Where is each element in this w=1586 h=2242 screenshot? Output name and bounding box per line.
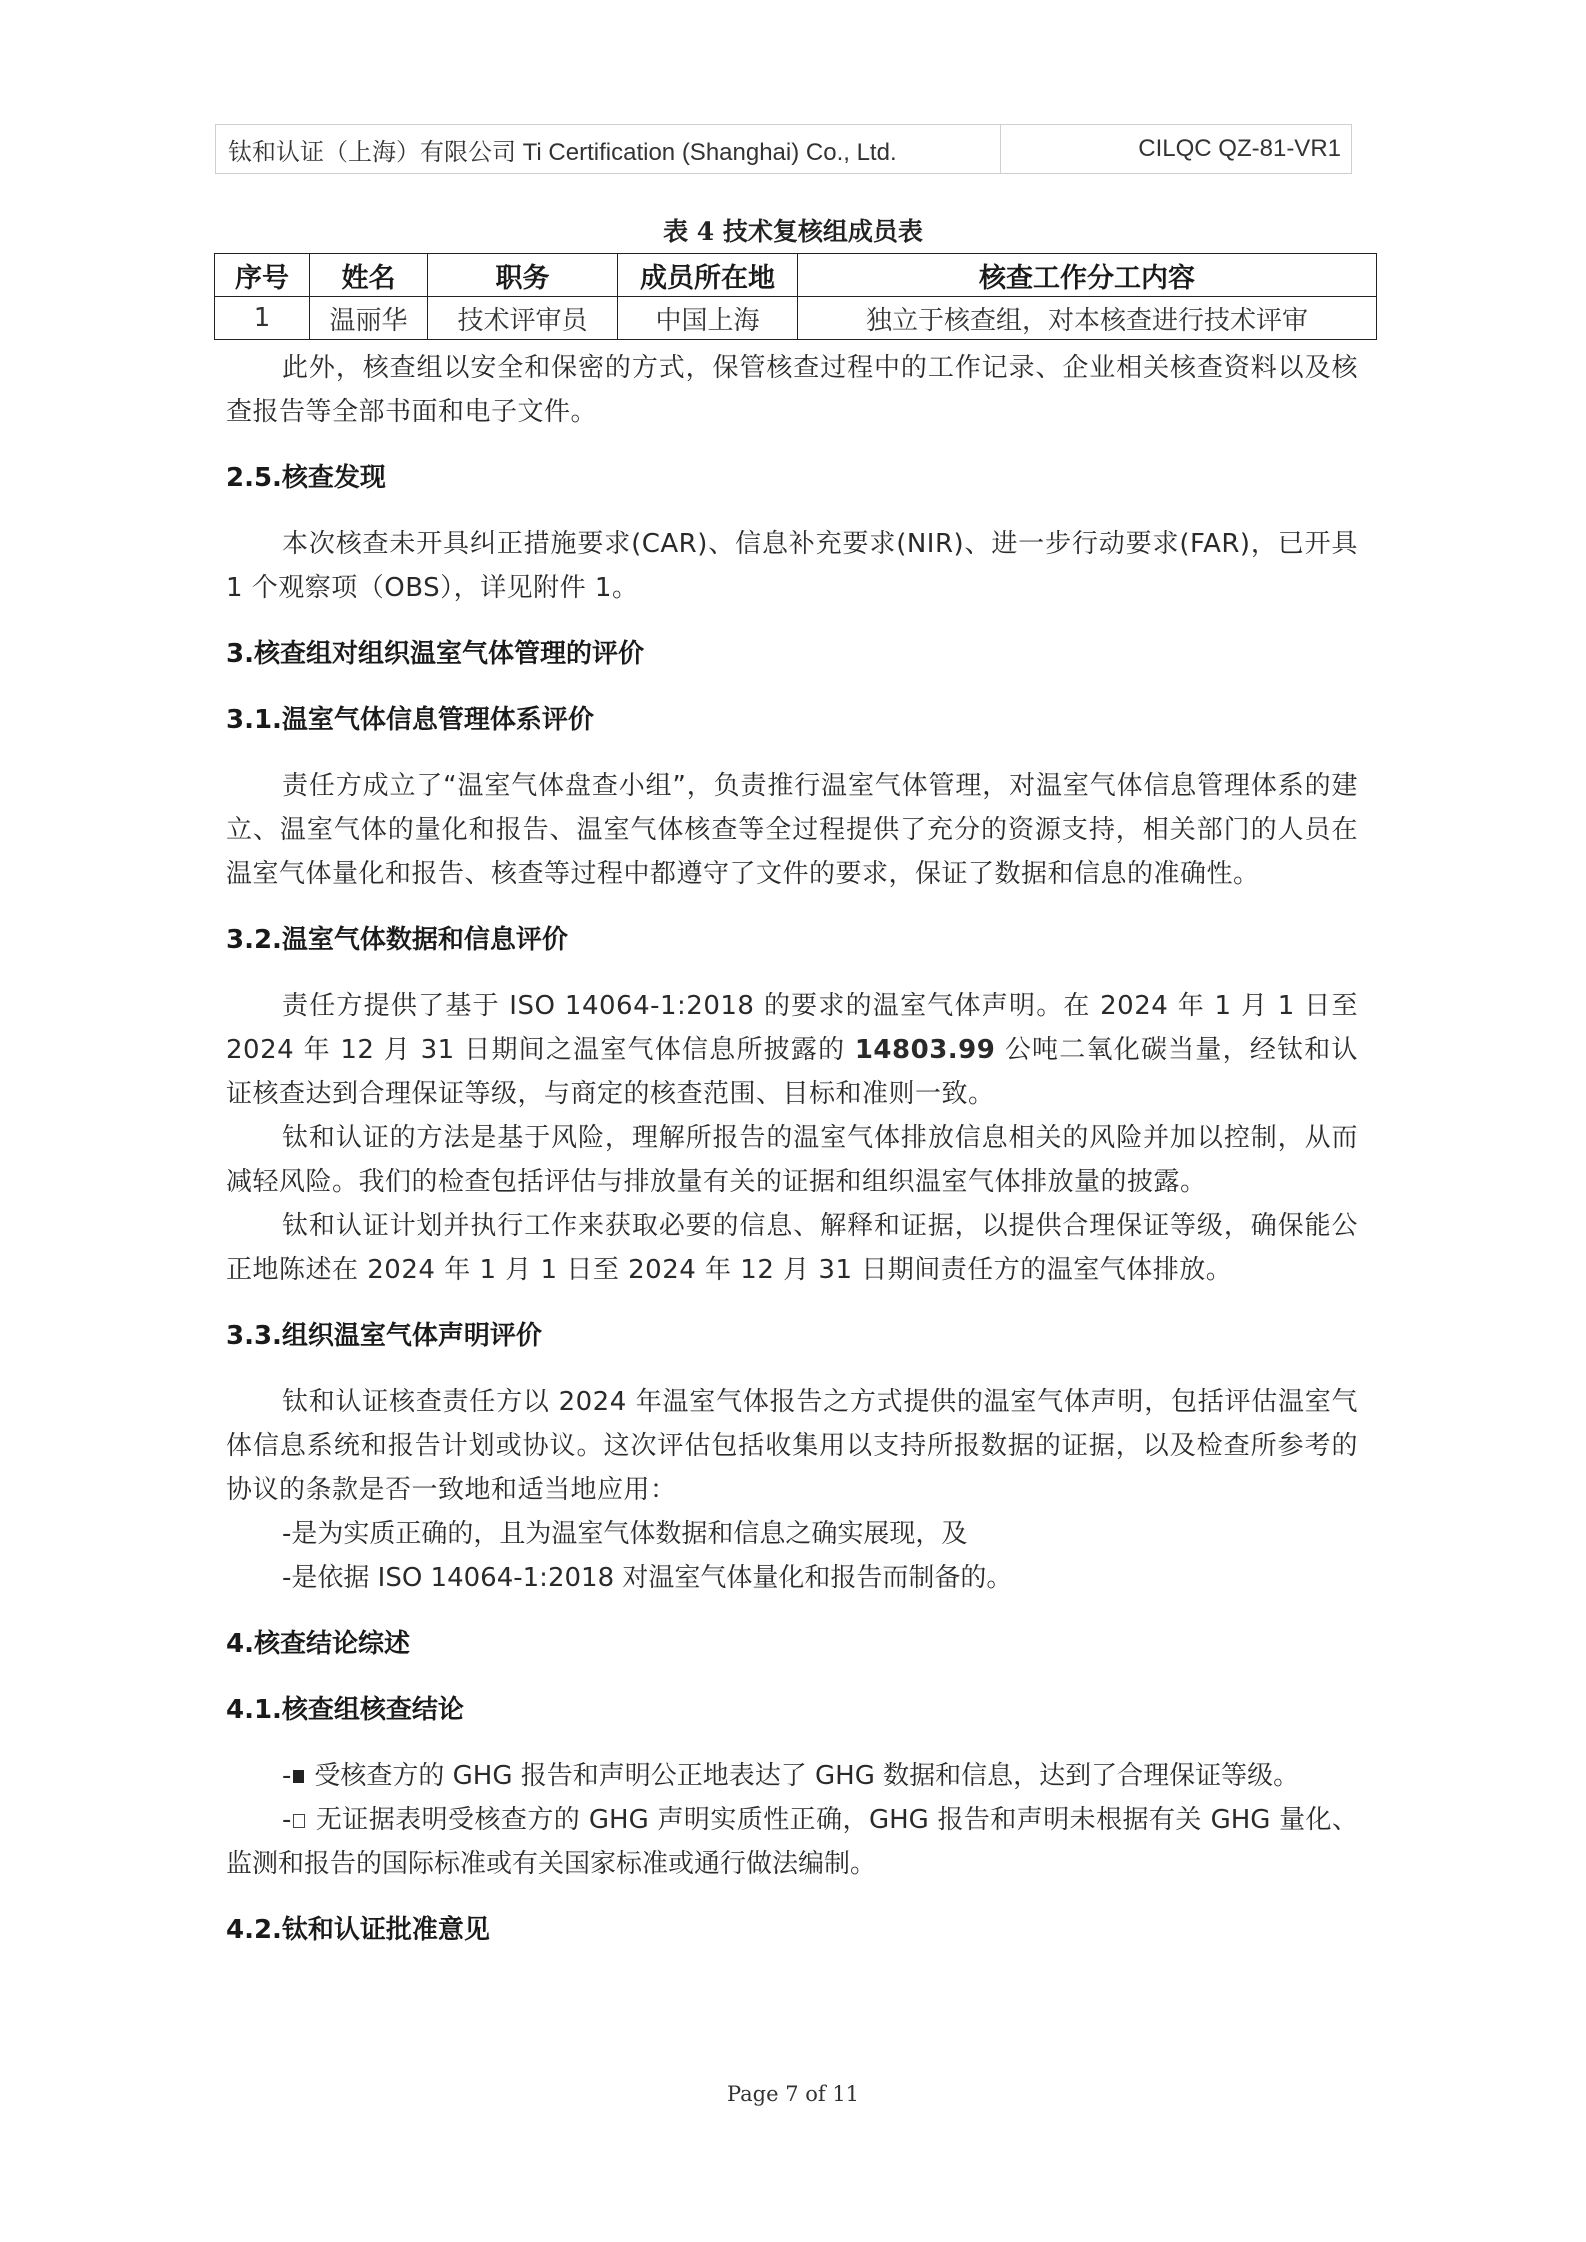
column-header: 核查工作分工内容: [798, 254, 1377, 297]
records-paragraph: 此外，核查组以安全和保密的方式，保管核查过程中的工作记录、企业相关核查资料以及核…: [226, 346, 1358, 434]
technical-review-members-table: 序号 姓名 职务 成员所在地 核查工作分工内容 1 温丽华 技术评审员 中国上海…: [214, 253, 1377, 340]
page-header: 钛和认证（上海）有限公司 Ti Certification (Shanghai)…: [215, 124, 1352, 174]
section-heading-4-1: 4.1.核查组核查结论: [226, 1688, 1358, 1732]
document-page: 钛和认证（上海）有限公司 Ti Certification (Shanghai)…: [0, 0, 1586, 2242]
column-header: 序号: [215, 254, 310, 297]
checked-box-icon: [293, 1770, 304, 1783]
findings-paragraph: 本次核查未开具纠正措施要求(CAR)、信息补充要求(NIR)、进一步行动要求(F…: [226, 522, 1358, 610]
section-heading-3-3: 3.3.组织温室气体声明评价: [226, 1314, 1358, 1358]
management-system-paragraph: 责任方成立了“温室气体盘查小组”，负责推行温室气体管理，对温室气体信息管理体系的…: [226, 764, 1358, 896]
column-header: 职务: [428, 254, 618, 297]
ghg-statement-paragraph: 钛和认证核查责任方以 2024 年温室气体报告之方式提供的温室气体声明，包括评估…: [226, 1380, 1358, 1512]
risk-approach-paragraph: 钛和认证的方法是基于风险，理解所报告的温室气体排放信息相关的风险并加以控制，从而…: [226, 1116, 1358, 1204]
conclusion-option-positive: -受核查方的 GHG 报告和声明公正地表达了 GHG 数据和信息，达到了合理保证…: [226, 1754, 1358, 1798]
table-cell: 温丽华: [310, 297, 428, 340]
table-header-row: 序号 姓名 职务 成员所在地 核查工作分工内容: [215, 254, 1377, 297]
section-heading-2-5: 2.5.核查发现: [226, 456, 1358, 500]
criteria-item: -是依据 ISO 14064-1:2018 对温室气体量化和报告而制备的。: [226, 1556, 1358, 1600]
section-heading-4-2: 4.2.钛和认证批准意见: [226, 1908, 1358, 1952]
table-row: 1 温丽华 技术评审员 中国上海 独立于核查组，对本核查进行技术评审: [215, 297, 1377, 340]
section-heading-3: 3.核查组对组织温室气体管理的评价: [226, 632, 1358, 676]
document-code: CILQC QZ-81-VR1: [1001, 135, 1351, 163]
option-text: 受核查方的 GHG 报告和声明公正地表达了 GHG 数据和信息，达到了合理保证等…: [314, 1761, 1299, 1791]
document-body: 此外，核查组以安全和保密的方式，保管核查过程中的工作记录、企业相关核查资料以及核…: [226, 346, 1358, 1952]
section-heading-4: 4.核查结论综述: [226, 1622, 1358, 1666]
table-cell: 技术评审员: [428, 297, 618, 340]
section-heading-3-2: 3.2.温室气体数据和信息评价: [226, 918, 1358, 962]
conclusion-option-negative: -无证据表明受核查方的 GHG 声明实质性正确，GHG 报告和声明未根据有关 G…: [226, 1798, 1358, 1886]
table-cell: 1: [215, 297, 310, 340]
column-header: 成员所在地: [618, 254, 798, 297]
section-heading-3-1: 3.1.温室气体信息管理体系评价: [226, 698, 1358, 742]
option-prefix: -: [282, 1805, 291, 1835]
table-cell: 独立于核查组，对本核查进行技术评审: [798, 297, 1377, 340]
column-header: 姓名: [310, 254, 428, 297]
option-text: 无证据表明受核查方的 GHG 声明实质性正确，GHG 报告和声明未根据有关 GH…: [226, 1805, 1358, 1879]
option-prefix: -: [282, 1761, 291, 1791]
emissions-total-value: 14803.99: [855, 1035, 996, 1065]
work-plan-paragraph: 钛和认证计划并执行工作来获取必要的信息、解释和证据，以提供合理保证等级，确保能公…: [226, 1204, 1358, 1292]
unchecked-box-icon: [293, 1814, 305, 1828]
ghg-data-paragraph: 责任方提供了基于 ISO 14064-1:2018 的要求的温室气体声明。在 2…: [226, 984, 1358, 1116]
criteria-item: -是为实质正确的，且为温室气体数据和信息之确实展现，及: [226, 1512, 1358, 1556]
table-caption: 表 4 技术复核组成员表: [0, 212, 1586, 248]
table-cell: 中国上海: [618, 297, 798, 340]
page-number: Page 7 of 11: [0, 2082, 1586, 2106]
company-name: 钛和认证（上海）有限公司 Ti Certification (Shanghai)…: [216, 125, 1001, 173]
